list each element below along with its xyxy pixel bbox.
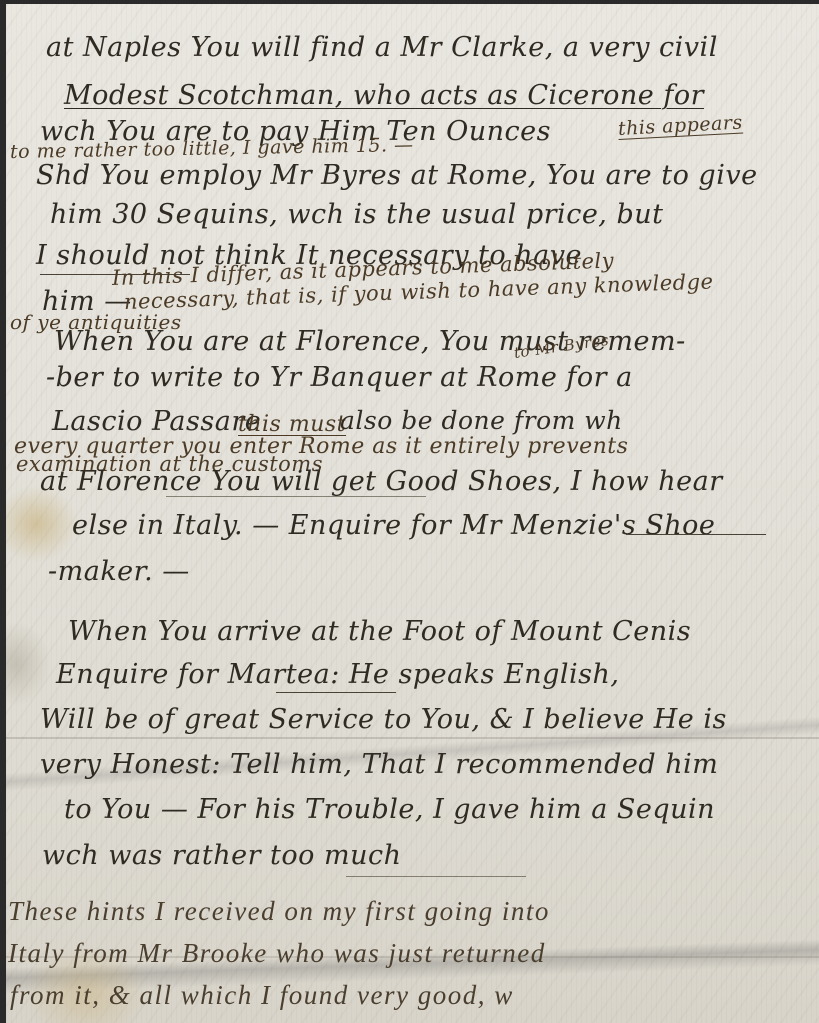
letter-line-10b: also be done from wh bbox=[340, 406, 623, 435]
postscript-line-1: These hints I received on my first going… bbox=[8, 896, 550, 927]
divider-rule bbox=[346, 876, 526, 877]
letter-line-10: Lascio Passare bbox=[52, 406, 261, 437]
letter-line-2: Modest Scotchman, who acts as Cicerone f… bbox=[64, 80, 704, 111]
letter-line-11: at Florence You will get Good Shoes, I h… bbox=[40, 466, 723, 497]
letter-line-5: him 30 Sequins, wch is the usual price, … bbox=[50, 199, 663, 230]
letter-page: at Naples You will find a Mr Clarke, a v… bbox=[6, 4, 819, 1023]
underline-menzie bbox=[626, 534, 766, 535]
letter-line-16: Will be of great Service to You, & I bel… bbox=[40, 704, 727, 735]
letter-line-12: else in Italy. — Enquire for Mr Menzie's… bbox=[72, 510, 715, 541]
letter-line-19: wch was rather too much bbox=[42, 840, 402, 871]
postscript-line-2: Italy from Mr Brooke who was just return… bbox=[8, 938, 546, 969]
letter-line-17: very Honest: Tell him, That I recommende… bbox=[40, 749, 718, 780]
divider-rule bbox=[166, 496, 426, 497]
letter-line-18: to You — For his Trouble, I gave him a S… bbox=[64, 794, 715, 825]
letter-line-1: at Naples You will find a Mr Clarke, a v… bbox=[46, 32, 718, 63]
letter-line-13: -maker. — bbox=[48, 556, 190, 587]
annotation-text: this appears bbox=[617, 111, 743, 140]
letter-line-14: When You arrive at the Foot of Mount Cen… bbox=[68, 616, 691, 647]
letter-line-15: Enquire for Martea: He speaks English, bbox=[56, 659, 619, 690]
letter-line-4: Shd You employ Mr Byres at Rome, You are… bbox=[36, 160, 758, 191]
underlined-phrase: Modest Scotchman, who acts as Cicerone f… bbox=[64, 80, 704, 111]
underline-martea bbox=[276, 692, 396, 693]
fold-crease bbox=[6, 737, 819, 739]
annotation-ounces-a: this appears bbox=[617, 111, 743, 140]
letter-line-9: -ber to write to Yr Banquer at Rome for … bbox=[46, 362, 633, 393]
postscript-line-3: from it, & all which I found very good, … bbox=[10, 980, 514, 1011]
